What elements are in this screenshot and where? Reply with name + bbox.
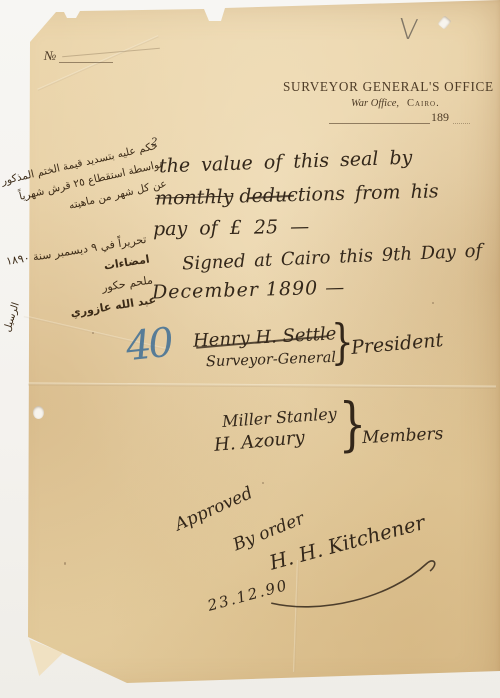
blue-pencil-number: 40 bbox=[124, 320, 173, 370]
office-title: SURVEYOR GENERAL'S OFFICE bbox=[283, 79, 494, 95]
document-number-line bbox=[59, 62, 113, 63]
paper-speck bbox=[64, 562, 66, 565]
department-label: War Office, bbox=[351, 98, 399, 109]
paper-speck bbox=[92, 332, 94, 334]
year-prefix: 189 bbox=[431, 110, 449, 125]
city-label: Cairo. bbox=[407, 98, 440, 109]
pencil-check-mark: V bbox=[398, 12, 419, 46]
date-rule bbox=[329, 123, 430, 124]
struck-word: monthly bbox=[155, 186, 234, 210]
punch-hole bbox=[33, 406, 44, 419]
members-role: Members bbox=[362, 424, 444, 448]
date-rule-dotted bbox=[453, 122, 470, 124]
paper-speck bbox=[262, 482, 264, 484]
manuscript-line: pay of £ 25 — bbox=[153, 216, 309, 241]
document-photo: № V SURVEYOR GENERAL'S OFFICE War Office… bbox=[0, 0, 500, 698]
page-number: 2 bbox=[151, 137, 157, 148]
arabic-side-note: الرسيل bbox=[2, 301, 22, 333]
paper-speck bbox=[432, 302, 434, 304]
document-number-label: № bbox=[44, 48, 56, 64]
